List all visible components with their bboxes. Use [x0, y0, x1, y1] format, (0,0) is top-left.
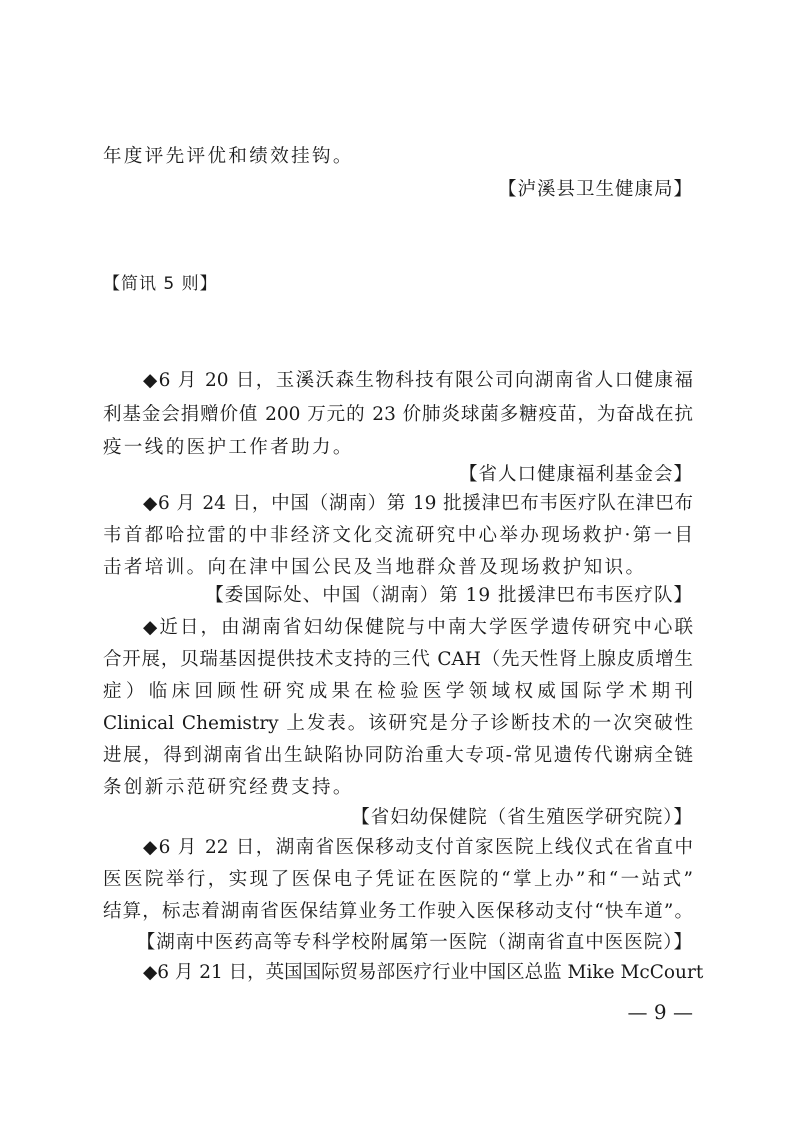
news-item-5-line: ◆6 月 21 日，英国国际贸易部医疗行业中国区总监 Mike McCourt: [143, 961, 693, 985]
news-item-1-source: 【省人口健康福利基金会】: [103, 463, 693, 487]
news-item-4-line: 医医院举行，实现了医保电子凭证在医院的“掌上办”和“一站式”: [103, 868, 693, 892]
news-item-3-line: 条创新示范研究经费支持。: [103, 776, 693, 800]
news-item-3-source: 【省妇幼保健院（省生殖医学研究院）】: [103, 806, 693, 830]
news-item-4-source: 【湖南中医药高等专科学校附属第一医院（湖南省直中医医院）】: [103, 931, 693, 955]
source-attribution: 【泸溪县卫生健康局】: [103, 178, 693, 202]
news-item-2-source: 【委国际处、中国（湖南）第 19 批援津巴布韦医疗队】: [103, 584, 693, 608]
news-item-2-line: 击者培训。向在津中国公民及当地群众普及现场救护知识。: [103, 556, 693, 580]
page-number: — 9 —: [603, 1000, 693, 1024]
news-item-2-line: ◆6 月 24 日，中国（湖南）第 19 批援津巴布韦医疗队在津巴布: [143, 492, 693, 516]
news-item-3-line: Clinical Chemistry 上发表。该研究是分子诊断技术的一次突破性: [103, 712, 693, 736]
news-item-4-line: ◆6 月 22 日，湖南省医保移动支付首家医院上线仪式在省直中: [143, 836, 693, 860]
news-item-1-line: ◆6 月 20 日，玉溪沃森生物科技有限公司向湖南省人口健康福: [143, 369, 693, 393]
section-heading: 【简讯 5 则】: [103, 272, 218, 296]
news-item-2-line: 韦首都哈拉雷的中非经济文化交流研究中心举办现场救护·第一目: [103, 524, 693, 548]
paragraph-tail: 年度评先评优和绩效挂钩。: [103, 145, 693, 169]
news-item-3-line: 进展，得到湖南省出生缺陷协同防治重大专项-常见遗传代谢病全链: [103, 744, 693, 768]
news-item-3-line: ◆近日，由湖南省妇幼保健院与中南大学医学遗传研究中心联: [143, 616, 693, 640]
news-item-4-line: 结算，标志着湖南省医保结算业务工作驶入医保移动支付“快车道”。: [103, 900, 693, 924]
news-item-3-line: 症）临床回顾性研究成果在检验医学领域权威国际学术期刊: [103, 680, 693, 704]
news-item-1-line: 疫一线的医护工作者助力。: [103, 436, 693, 460]
news-item-1-line: 利基金会捐赠价值 200 万元的 23 价肺炎球菌多糖疫苗，为奋战在抗: [103, 403, 693, 427]
news-item-3-line: 合开展，贝瑞基因提供技术支持的三代 CAH（先天性肾上腺皮质增生: [103, 648, 693, 672]
